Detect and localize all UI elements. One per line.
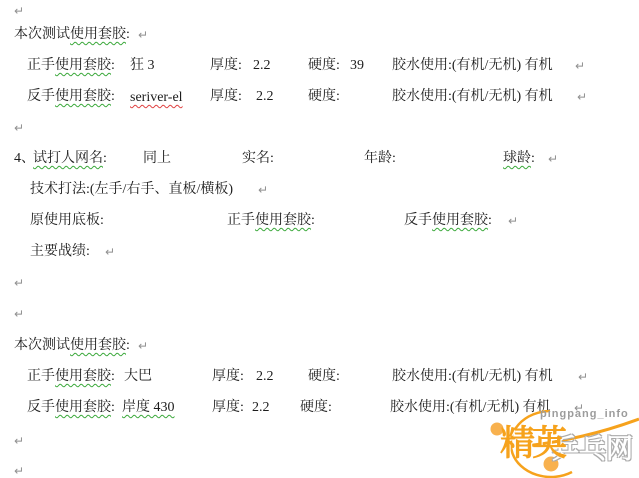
label-colon: : xyxy=(488,213,492,228)
original-backhand-rubber-label: 反手使用套胶: xyxy=(404,212,492,229)
original-blade-label: 原使用底板: xyxy=(30,212,104,229)
paragraph-mark: ↵ xyxy=(14,464,24,478)
paragraph-mark: ↵ xyxy=(575,59,585,73)
watermark-logo-jingying: 精英 xyxy=(500,416,564,466)
document-page: ↵ 本次测试使用套胶: ↵ 正手使用套胶: 狂 3 厚度: 2.2 硬度: 39… xyxy=(0,0,639,478)
paragraph-mark: ↵ xyxy=(138,28,148,42)
paragraph-mark: ↵ xyxy=(14,276,24,290)
hardness-label: 硬度: xyxy=(308,57,340,74)
backhand-rubber-label: 反手使用套胶: xyxy=(27,88,115,105)
thickness-label: 厚度: xyxy=(212,399,244,416)
tester-name-flagged: 试打人网名 xyxy=(33,151,103,166)
watermark-site-text: pingpang_info xyxy=(540,408,629,420)
glue-label: 胶水使用:(有机/无机) 有机 xyxy=(392,368,553,385)
label-colon: : xyxy=(111,400,115,415)
test-rubber-title-flagged: 使用套胶 xyxy=(70,27,126,42)
hardness-label: 硬度: xyxy=(308,88,340,105)
tester-name-value: 同上 xyxy=(143,150,171,167)
test-rubber-title-prefix: 本次测试 xyxy=(14,338,70,353)
label-colon: : xyxy=(111,369,115,384)
forehand-rubber-value: 大巴 xyxy=(124,368,152,385)
rubber-flagged: 使用套胶 xyxy=(255,213,311,228)
hardness-label: 硬度: xyxy=(300,399,332,416)
rubber-flagged: 使用套胶 xyxy=(432,213,488,228)
title-colon: : xyxy=(126,27,130,42)
real-name-label: 实名: xyxy=(242,150,274,167)
glue-label: 胶水使用:(有机/无机) 有机 xyxy=(392,88,553,105)
forehand-rubber-value: 狂 3 xyxy=(130,57,155,74)
test-rubber-title-flagged: 使用套胶 xyxy=(70,338,126,353)
label-colon: : xyxy=(111,89,115,104)
test-rubber-title: 本次测试使用套胶: xyxy=(14,26,130,43)
thickness-label: 厚度: xyxy=(212,368,244,385)
rubber-flagged: 使用套胶 xyxy=(55,89,111,104)
label-colon: : xyxy=(311,213,315,228)
paragraph-mark: ↵ xyxy=(548,152,558,166)
paragraph-mark: ↵ xyxy=(14,434,24,448)
test-rubber-title-prefix: 本次测试 xyxy=(14,27,70,42)
watermark: 乒乓网 精英 pingpang_info xyxy=(480,398,639,478)
label-colon: : xyxy=(531,151,535,166)
thickness-value: 2.2 xyxy=(253,57,271,74)
section4-number: 4、 xyxy=(14,150,35,167)
forehand-rubber-label: 正手使用套胶: xyxy=(27,368,115,385)
paragraph-mark: ↵ xyxy=(508,214,518,228)
forehand-prefix: 正手 xyxy=(27,369,55,384)
paragraph-mark: ↵ xyxy=(138,339,148,353)
label-colon: : xyxy=(103,151,107,166)
play-years-label: 球龄: xyxy=(503,150,535,167)
technique-label: 技术打法:(左手/右手、直板/横板) xyxy=(30,181,233,198)
tester-name-label: 试打人网名: xyxy=(33,150,107,167)
backhand-prefix: 反手 xyxy=(27,400,55,415)
thickness-label: 厚度: xyxy=(210,57,242,74)
rubber-flagged: 使用套胶 xyxy=(55,369,111,384)
paragraph-mark: ↵ xyxy=(14,121,24,135)
rubber-flagged: 使用套胶 xyxy=(55,400,111,415)
thickness-label: 厚度: xyxy=(210,88,242,105)
forehand-prefix: 正手 xyxy=(227,213,255,228)
backhand-rubber-value: 岸度 430 xyxy=(122,399,175,416)
achievements-label: 主要战绩: xyxy=(30,243,90,260)
thickness-value: 2.2 xyxy=(256,368,274,385)
label-colon: : xyxy=(111,58,115,73)
hardness-label: 硬度: xyxy=(308,368,340,385)
paragraph-mark: ↵ xyxy=(577,90,587,104)
watermark-logo-pingpangwang: 乒乓网 xyxy=(552,427,633,466)
paragraph-mark: ↵ xyxy=(14,4,24,18)
paragraph-mark: ↵ xyxy=(14,307,24,321)
backhand-prefix: 反手 xyxy=(404,213,432,228)
forehand-prefix: 正手 xyxy=(27,58,55,73)
backhand-prefix: 反手 xyxy=(27,89,55,104)
glue-label: 胶水使用:(有机/无机) 有机 xyxy=(392,57,553,74)
backhand-rubber-label: 反手使用套胶: xyxy=(27,399,115,416)
paragraph-mark: ↵ xyxy=(105,245,115,259)
age-label: 年龄: xyxy=(364,150,396,167)
thickness-value: 2.2 xyxy=(256,88,274,105)
play-years-flagged: 球龄 xyxy=(503,151,531,166)
hardness-value: 39 xyxy=(350,57,364,74)
original-forehand-rubber-label: 正手使用套胶: xyxy=(227,212,315,229)
rubber-flagged: 使用套胶 xyxy=(55,58,111,73)
test-rubber-title: 本次测试使用套胶: xyxy=(14,337,130,354)
title-colon: : xyxy=(126,338,130,353)
paragraph-mark: ↵ xyxy=(578,370,588,384)
paragraph-mark: ↵ xyxy=(258,183,268,197)
backhand-rubber-value: seriver-el xyxy=(130,89,183,106)
thickness-value: 2.2 xyxy=(252,399,270,416)
forehand-rubber-label: 正手使用套胶: xyxy=(27,57,115,74)
